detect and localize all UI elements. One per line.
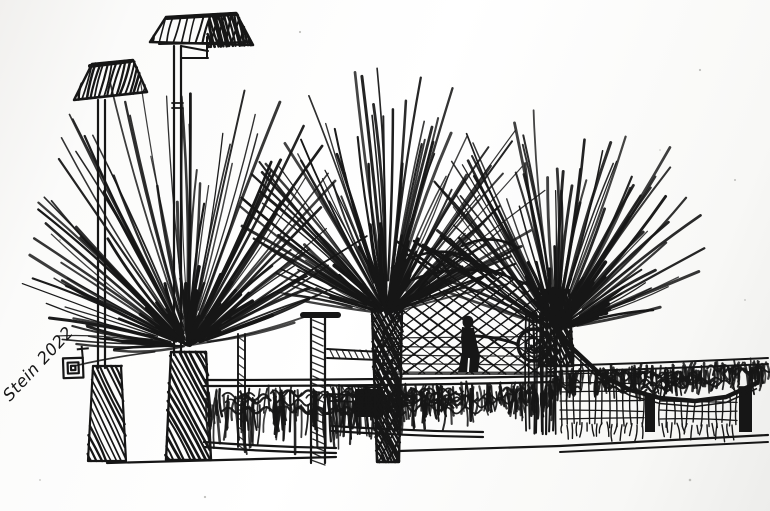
middle-tree-trunk — [371, 310, 402, 462]
signature-text: Stein 2022 — [0, 323, 77, 405]
left-tree — [22, 83, 367, 366]
sketch-canvas: Stein 2022 — [0, 0, 770, 511]
signature: Stein 2022 — [0, 323, 101, 427]
left-tree-trunk — [166, 352, 211, 460]
sketch-page: Stein 2022 — [0, 0, 770, 511]
street-lamp-small — [74, 60, 147, 461]
